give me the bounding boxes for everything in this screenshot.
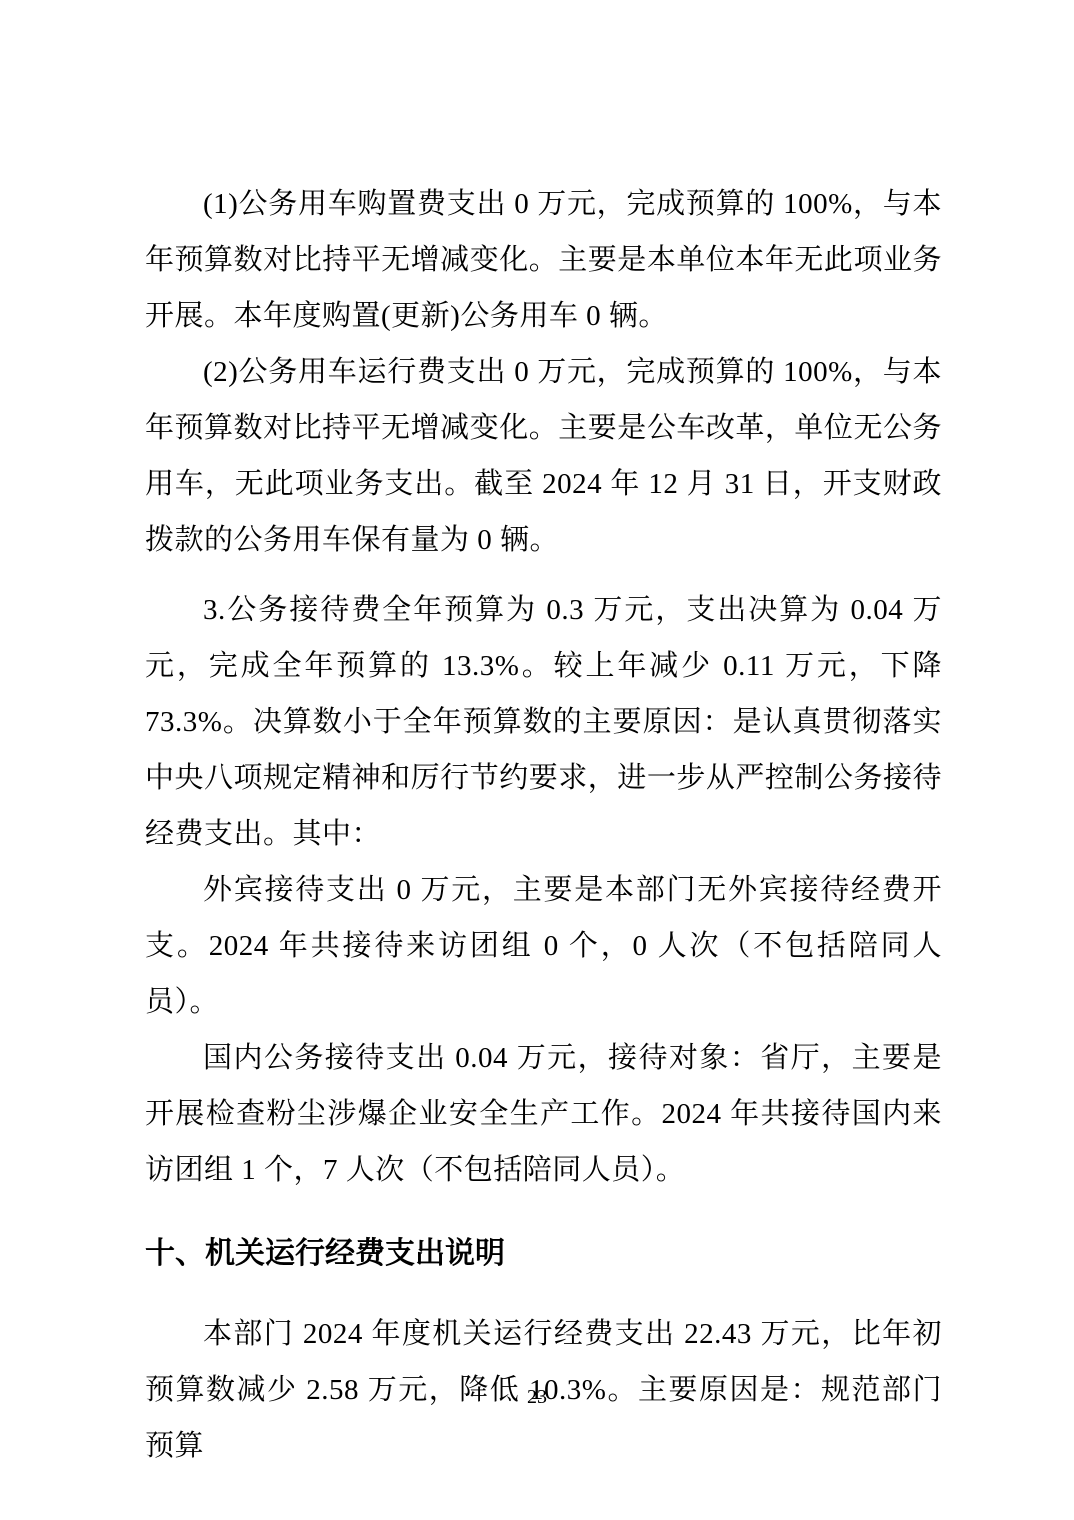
section-heading-operating-expenses: 十、机关运行经费支出说明 (145, 1232, 942, 1276)
paragraph-official-reception: 3.公务接待费全年预算为 0.3 万元，支出决算为 0.04 万元，完成全年预算… (145, 582, 942, 862)
page-footer: 23 (0, 1386, 1074, 1409)
document-body: (1)公务用车购置费支出 0 万元，完成预算的 100%，与本年预算数对比持平无… (145, 176, 942, 1474)
paragraph-domestic-reception: 国内公务接待支出 0.04 万元，接待对象：省厅，主要是开展检查粉尘涉爆企业安全… (145, 1030, 942, 1198)
document-page: (1)公务用车购置费支出 0 万元，完成预算的 100%，与本年预算数对比持平无… (0, 0, 1074, 1520)
paragraph-foreign-guests: 外宾接待支出 0 万元，主要是本部门无外宾接待经费开支。2024 年共接待来访团… (145, 862, 942, 1030)
paragraph-vehicle-operation: (2)公务用车运行费支出 0 万元，完成预算的 100%，与本年预算数对比持平无… (145, 344, 942, 568)
paragraph-vehicle-purchase: (1)公务用车购置费支出 0 万元，完成预算的 100%，与本年预算数对比持平无… (145, 176, 942, 344)
page-number: 23 (527, 1386, 547, 1408)
